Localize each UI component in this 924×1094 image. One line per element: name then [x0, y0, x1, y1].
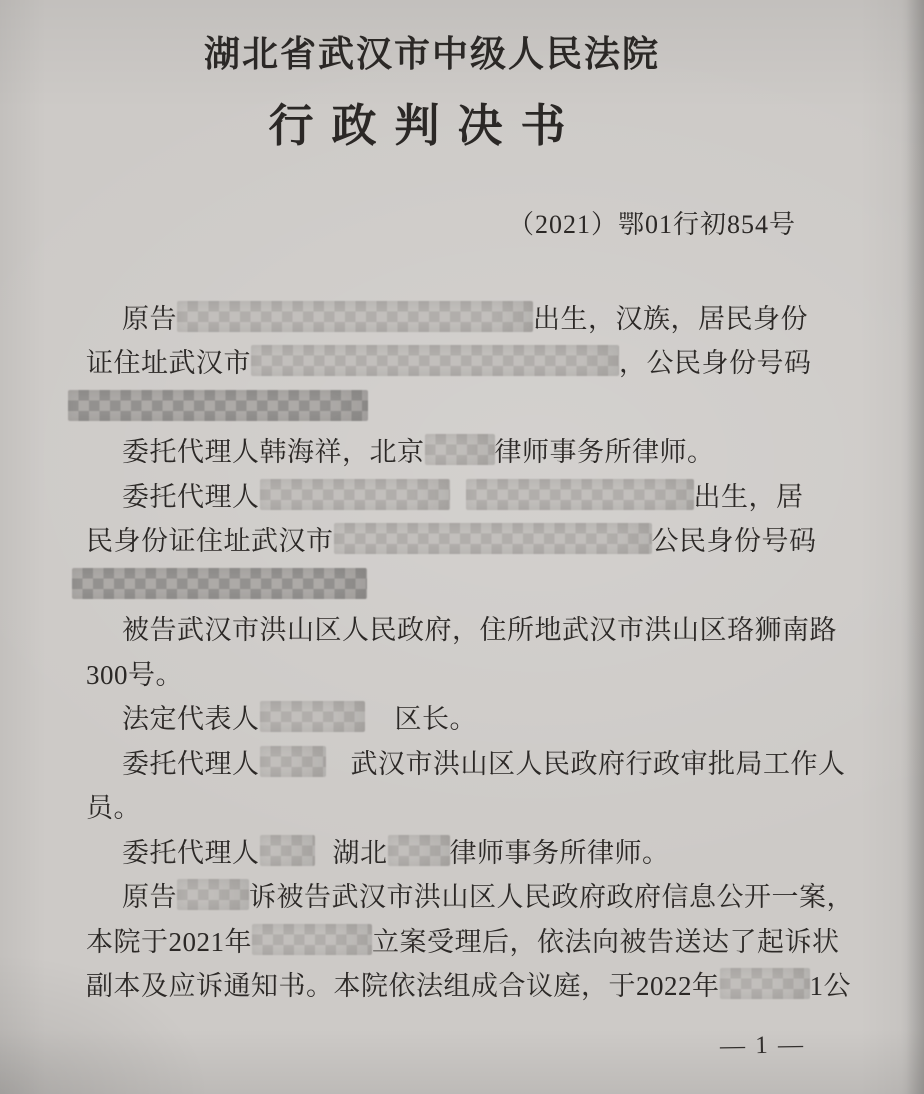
document-line: 证住址武汉市，公民身份号码: [86, 339, 886, 384]
redaction-block: [177, 301, 533, 332]
document-line: 民身份证住址武汉市公民身份号码: [86, 517, 886, 562]
page-number: — 1 —: [720, 1031, 805, 1060]
document-line: 被告武汉市洪山区人民政府，住所地武汉市洪山区珞狮南路: [86, 606, 886, 651]
redaction-block: [720, 968, 810, 999]
document-line: 委托代理人出生，居: [86, 472, 886, 517]
court-judgment-page: 湖北省武汉市中级人民法院 行政判决书 （2021）鄂01行初854号 原告出生，…: [0, 0, 924, 1094]
case-number: （2021）鄂01行初854号: [0, 204, 924, 241]
redaction-block: [177, 879, 249, 910]
document-line: 委托代理人武汉市洪山区人民政府行政审批局工作人: [86, 739, 886, 784]
text-segment: 区长。: [395, 697, 478, 736]
text-segment: 出生，汉族，居民身份: [533, 297, 808, 336]
document-line: 300号。: [86, 650, 886, 695]
text-segment: 湖北: [333, 831, 388, 870]
document-line: 原告诉被告武汉市洪山区人民政府政府信息公开一案，: [86, 873, 886, 918]
text-segment: 副本及应诉通知书。本院依法组成合议庭，于2022年: [86, 964, 720, 1003]
text-segment: 律师事务所律师。: [450, 831, 670, 870]
text-segment: 公民身份号码: [652, 519, 817, 558]
spacer: [315, 850, 333, 851]
text-segment: 民身份证住址武汉市: [86, 519, 334, 558]
text-segment: 诉被告武汉市洪山区人民政府政府信息公开一案，: [249, 875, 854, 914]
spacer: [326, 761, 351, 762]
text-segment: 委托代理人韩海祥，北京: [122, 430, 425, 469]
spacer: [365, 716, 395, 717]
document-line: 法定代表人区长。: [86, 695, 886, 740]
text-segment: 300号。: [86, 653, 183, 692]
redaction-block: [72, 568, 367, 599]
spacer: [450, 494, 466, 495]
document-line: 副本及应诉通知书。本院依法组成合议庭，于2022年1公: [86, 962, 886, 1007]
document-line: 员。: [86, 784, 886, 829]
redaction-block: [260, 479, 450, 510]
redaction-block: [260, 835, 315, 866]
redaction-block: [260, 746, 326, 777]
redaction-block: [425, 434, 495, 465]
document-line: [86, 383, 886, 428]
redaction-block: [260, 701, 365, 732]
text-segment: 委托代理人: [122, 831, 260, 870]
redaction-block: [334, 523, 652, 554]
text-segment: 委托代理人: [122, 475, 260, 514]
document-line: 原告出生，汉族，居民身份: [86, 294, 886, 339]
document-header: 湖北省武汉市中级人民法院 行政判决书 （2021）鄂01行初854号: [0, 0, 924, 241]
text-segment: 1公: [810, 964, 852, 1003]
text-segment: 原告: [122, 297, 177, 336]
document-line: 本院于2021年立案受理后，依法向被告送达了起诉状: [86, 917, 886, 962]
text-segment: 证住址武汉市: [86, 341, 251, 380]
text-segment: 员。: [86, 786, 141, 825]
text-segment: 武汉市洪山区人民政府行政审批局工作人: [351, 742, 846, 781]
redaction-block: [466, 479, 694, 510]
court-name-title: 湖北省武汉市中级人民法院: [0, 26, 894, 77]
redaction-block: [388, 835, 450, 866]
text-segment: ，公民身份号码: [619, 341, 812, 380]
document-line: [86, 561, 886, 606]
document-line: 委托代理人韩海祥，北京律师事务所律师。: [86, 428, 886, 473]
document-lines: 原告出生，汉族，居民身份证住址武汉市，公民身份号码委托代理人韩海祥，北京律师事务…: [86, 294, 886, 1006]
text-segment: 出生，居: [694, 475, 804, 514]
text-segment: 律师事务所律师。: [495, 430, 715, 469]
text-segment: 本院于2021年: [86, 920, 252, 959]
text-segment: 原告: [122, 875, 177, 914]
redaction-block: [251, 345, 619, 376]
document-type-title: 行政判决书: [0, 89, 888, 154]
text-segment: 立案受理后，依法向被告送达了起诉状: [372, 920, 840, 959]
text-segment: 委托代理人: [122, 742, 260, 781]
document-line: 委托代理人湖北律师事务所律师。: [86, 828, 886, 873]
text-segment: 被告武汉市洪山区人民政府，住所地武汉市洪山区珞狮南路: [122, 608, 837, 647]
redaction-block: [252, 924, 372, 955]
redaction-block: [68, 390, 368, 421]
text-segment: 法定代表人: [122, 697, 260, 736]
